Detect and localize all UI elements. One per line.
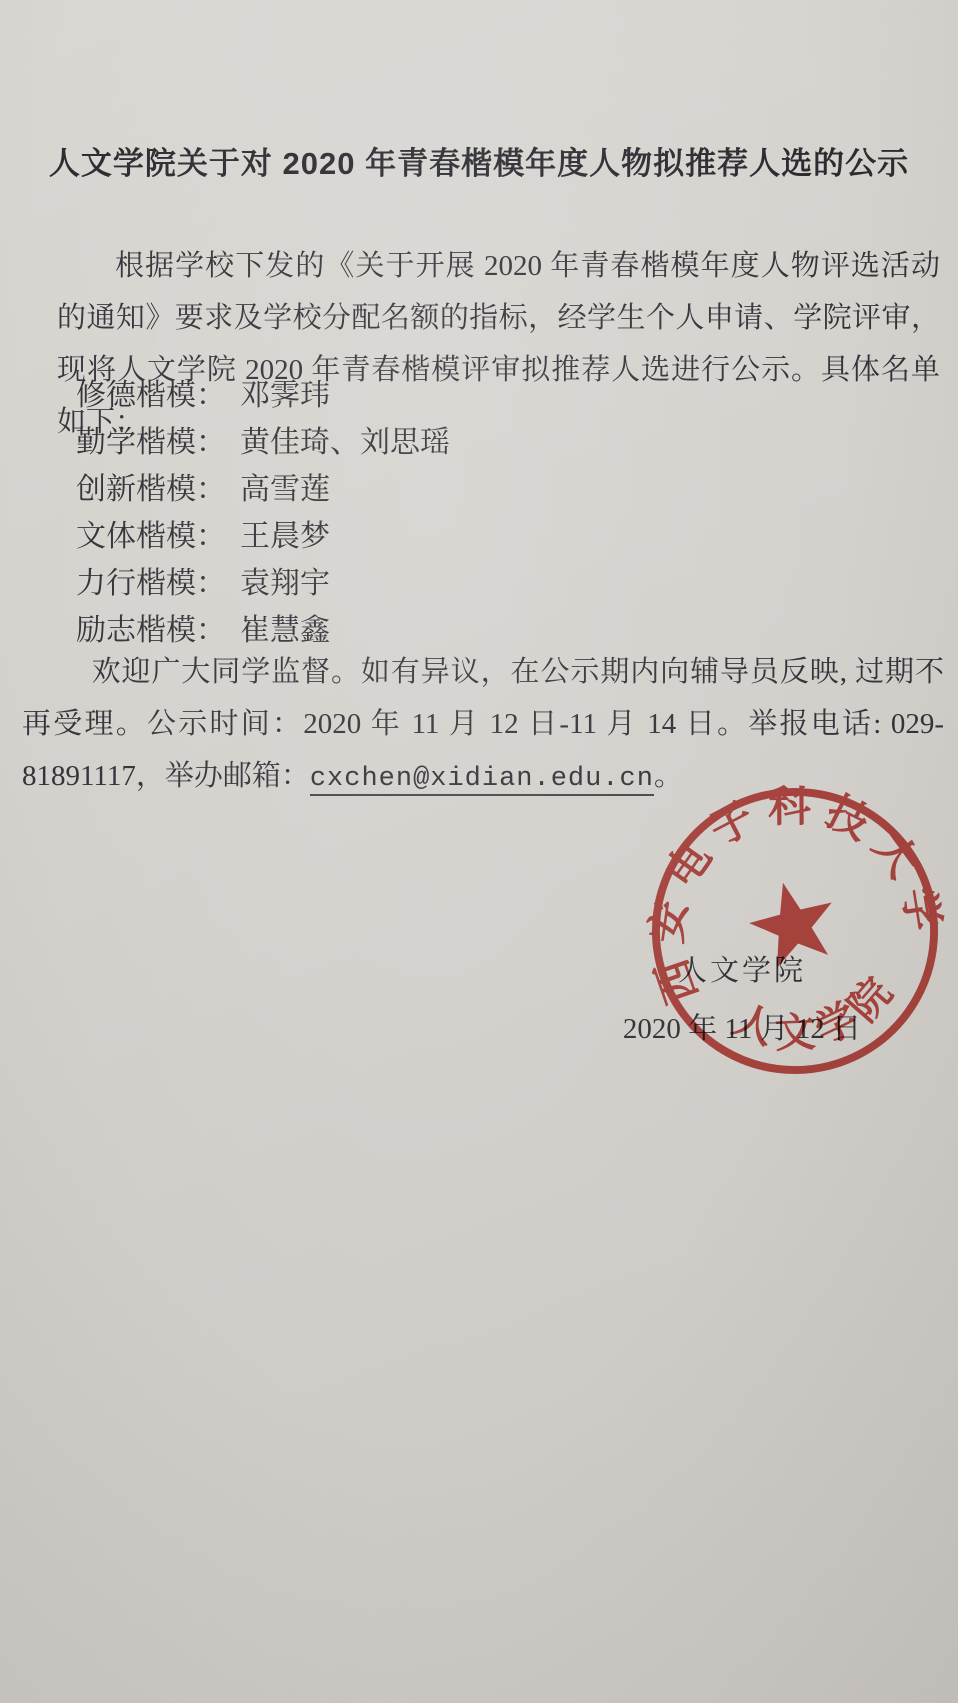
list-item: 勤学楷模：黄佳琦、刘思瑶 (76, 419, 918, 466)
closing-paragraph: 欢迎广大同学监督。如有异议，在公示期内向辅导员反映, 过期不再受理。公示时间：2… (22, 646, 944, 805)
names-text: 王晨梦 (240, 520, 330, 553)
category-label: 创新楷模： (76, 473, 226, 506)
list-item: 力行楷模：袁翔宇 (76, 560, 918, 607)
list-item: 修德楷模：邓霁玮 (76, 372, 918, 419)
document-page: 人文学院关于对 2020 年青春楷模年度人物拟推荐人选的公示 根据学校下发的《关… (0, 0, 958, 1703)
category-label: 勤学楷模： (76, 426, 226, 459)
closing-period: 。 (654, 760, 683, 792)
names-text: 黄佳琦、刘思瑶 (240, 426, 450, 459)
list-item: 创新楷模：高雪莲 (76, 466, 918, 513)
category-label: 力行楷模： (76, 567, 226, 600)
names-text: 崔慧鑫 (240, 614, 330, 647)
page-title: 人文学院关于对 2020 年青春楷模年度人物拟推荐人选的公示 (30, 138, 928, 183)
category-label: 文体楷模： (76, 520, 226, 553)
names-text: 高雪莲 (240, 473, 330, 506)
category-label: 修德楷模： (76, 379, 226, 412)
signature-date: 2020 年 11 月 12 日 (612, 1006, 872, 1047)
category-label: 励志楷模： (76, 614, 226, 647)
names-text: 邓霁玮 (240, 379, 330, 412)
list-item: 文体楷模：王晨梦 (76, 513, 918, 560)
signature-org: 人文学院 (637, 948, 847, 989)
stamp-ring (626, 762, 958, 1099)
model-list: 修德楷模：邓霁玮 勤学楷模：黄佳琦、刘思瑶 创新楷模：高雪莲 文体楷模：王晨梦 … (76, 372, 918, 654)
email-link[interactable]: cxchen@xidian.edu.cn (310, 764, 654, 796)
names-text: 袁翔宇 (240, 567, 330, 600)
